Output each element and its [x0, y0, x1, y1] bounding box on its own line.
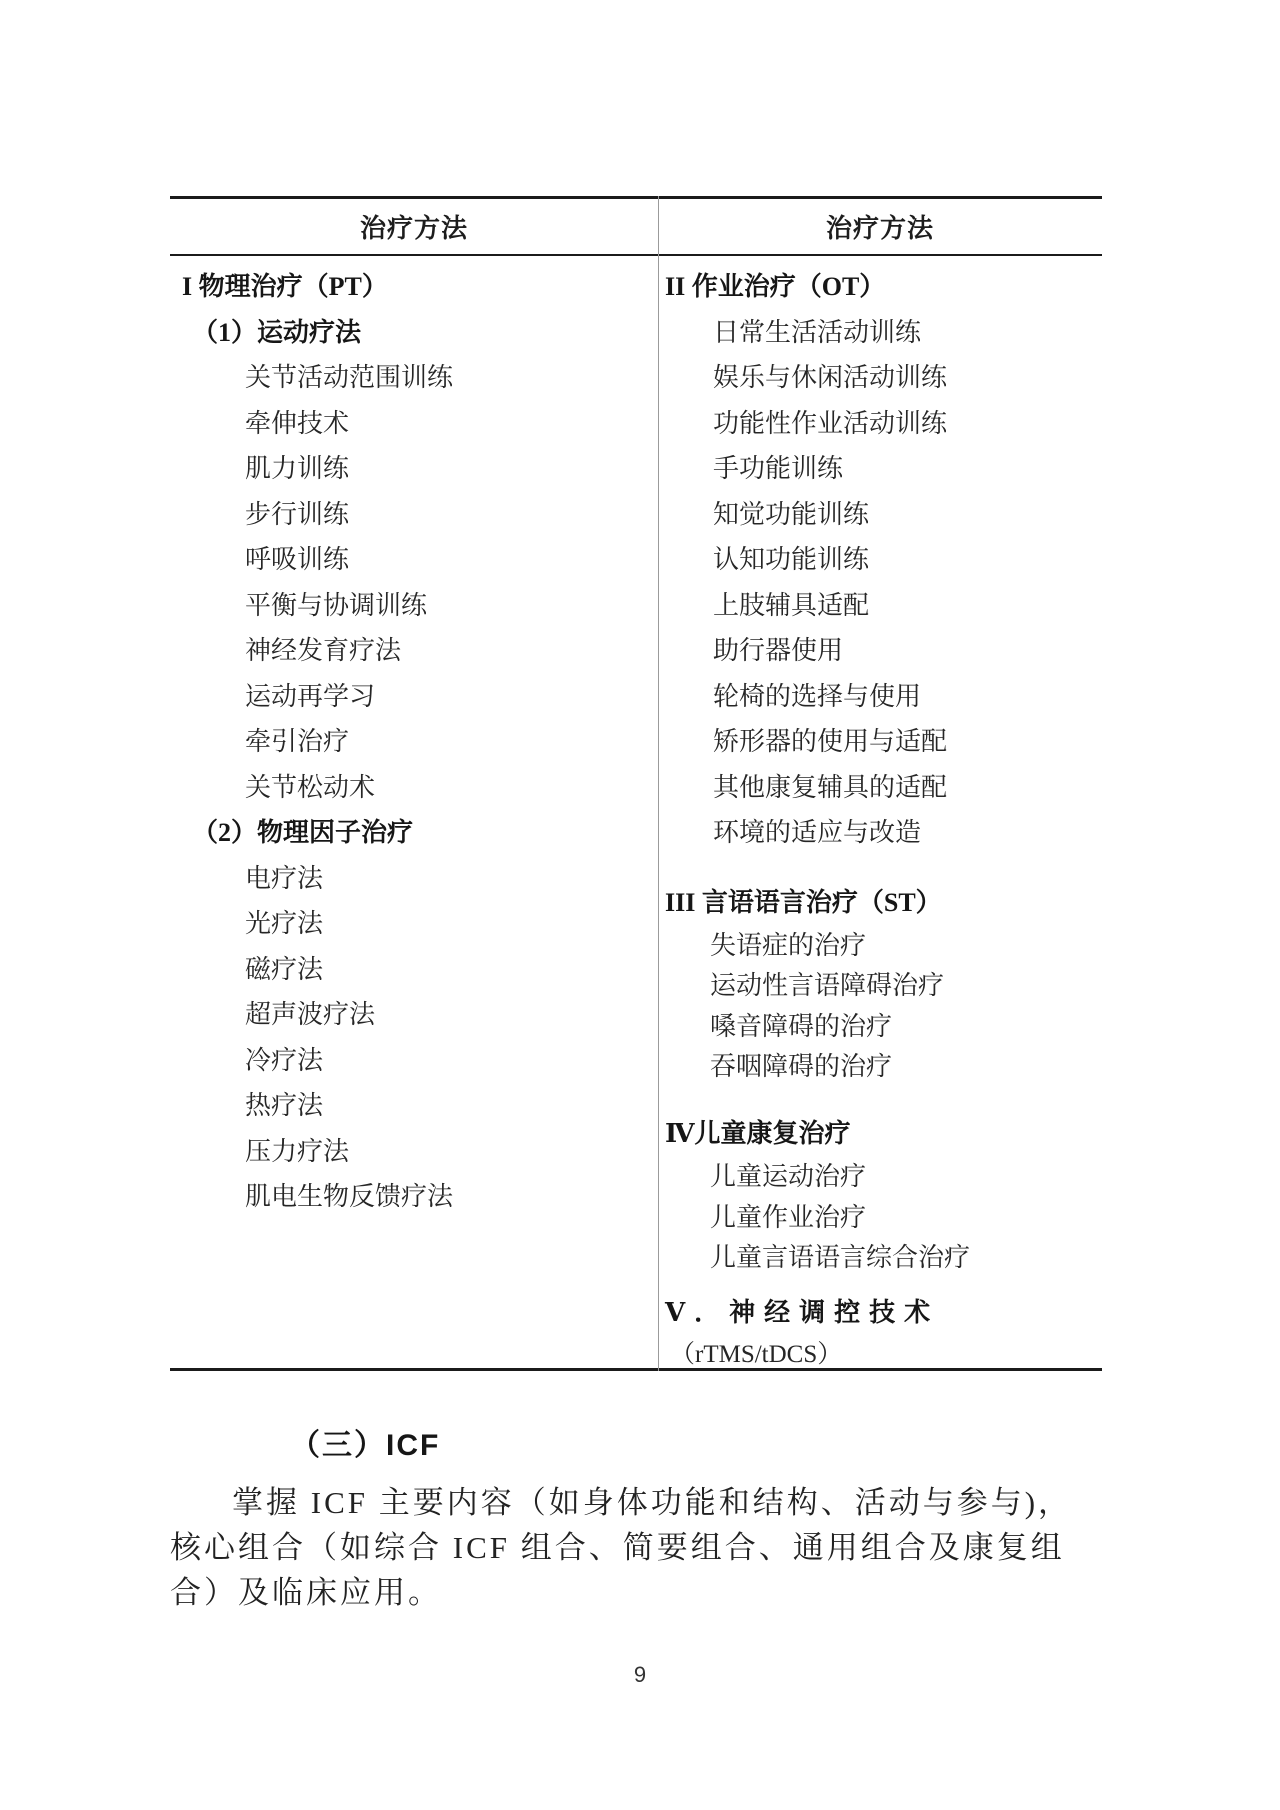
table-row: 儿童言语语言综合治疗: [658, 1236, 1101, 1277]
table-row: 肌电生物反馈疗法: [170, 1172, 658, 1218]
table-row: 呼吸训练: [170, 535, 658, 581]
table-row: （1）运动疗法: [170, 308, 658, 354]
table-row: 运动再学习: [170, 672, 658, 718]
table-row: 认知功能训练: [658, 535, 1101, 581]
table-row-spacer: [658, 854, 1101, 878]
table-row: III 言语语言治疗（ST）: [658, 878, 1101, 924]
table-row: 儿童运动治疗: [658, 1155, 1101, 1196]
table-row: 运动性言语障碍治疗: [658, 964, 1101, 1005]
table-row: 电疗法: [170, 854, 658, 900]
document-page: 治疗方法 治疗方法 I 物理治疗（PT）（1）运动疗法关节活动范围训练牵伸技术肌…: [0, 0, 1280, 1810]
table-row: 热疗法: [170, 1081, 658, 1127]
table-row: 功能性作业活动训练: [658, 399, 1101, 445]
treatment-methods-table: 治疗方法 治疗方法 I 物理治疗（PT）（1）运动疗法关节活动范围训练牵伸技术肌…: [170, 196, 1102, 1371]
table-row: 压力疗法: [170, 1127, 658, 1173]
table-row: 失语症的治疗: [658, 923, 1101, 964]
table-row: 步行训练: [170, 490, 658, 536]
table-row: 神经发育疗法: [170, 626, 658, 672]
paragraph-line: 核心组合（如综合 ICF 组合、简要组合、通用组合及康复组: [170, 1525, 1130, 1570]
page-number: 9: [0, 1662, 1280, 1688]
table-row: 超声波疗法: [170, 990, 658, 1036]
table-row: Ⅴ．神经调控技术: [658, 1288, 1101, 1334]
table-row: 关节松动术: [170, 763, 658, 809]
table-row: 上肢辅具适配: [658, 581, 1101, 627]
table-row: 肌力训练: [170, 444, 658, 490]
table-row: 平衡与协调训练: [170, 581, 658, 627]
table-header-right: 治疗方法: [658, 199, 1102, 254]
table-row: 冷疗法: [170, 1036, 658, 1082]
table-header-left: 治疗方法: [170, 199, 658, 254]
table-row: 环境的适应与改造: [658, 808, 1101, 854]
table-row: 知觉功能训练: [658, 490, 1101, 536]
table-row: 磁疗法: [170, 945, 658, 991]
table-row: 牵引治疗: [170, 717, 658, 763]
section-heading-icf: （三）ICF: [290, 1420, 440, 1464]
column-divider: [658, 196, 659, 1371]
table-row: （2）物理因子治疗: [170, 808, 658, 854]
table-row: （rTMS/tDCS）: [658, 1334, 1101, 1369]
table-row: 矫形器的使用与适配: [658, 717, 1101, 763]
table-row: 关节活动范围训练: [170, 353, 658, 399]
table-header-row: 治疗方法 治疗方法: [170, 196, 1102, 256]
table-row-spacer: [658, 1276, 1101, 1288]
paragraph-line: 合）及临床应用。: [170, 1570, 1130, 1615]
table-body: I 物理治疗（PT）（1）运动疗法关节活动范围训练牵伸技术肌力训练步行训练呼吸训…: [170, 256, 1102, 1371]
paragraph-line: 掌握 ICF 主要内容（如身体功能和结构、活动与参与)，: [170, 1480, 1130, 1525]
table-row: 日常生活活动训练: [658, 308, 1101, 354]
table-row: 嗓音障碍的治疗: [658, 1004, 1101, 1045]
table-row: 手功能训练: [658, 444, 1101, 490]
icf-paragraph: 掌握 ICF 主要内容（如身体功能和结构、活动与参与)， 核心组合（如综合 IC…: [170, 1480, 1130, 1615]
table-row: Ⅳ儿童康复治疗: [658, 1109, 1101, 1155]
table-row: 助行器使用: [658, 626, 1101, 672]
table-row: 光疗法: [170, 899, 658, 945]
table-row-spacer: [658, 1085, 1101, 1109]
table-row: 娱乐与休闲活动训练: [658, 353, 1101, 399]
table-row: 吞咽障碍的治疗: [658, 1045, 1101, 1086]
table-column-left: I 物理治疗（PT）（1）运动疗法关节活动范围训练牵伸技术肌力训练步行训练呼吸训…: [170, 256, 658, 1368]
table-row: 儿童作业治疗: [658, 1195, 1101, 1236]
table-column-right: II 作业治疗（OT）日常生活活动训练娱乐与休闲活动训练功能性作业活动训练手功能…: [658, 256, 1101, 1368]
table-row: 轮椅的选择与使用: [658, 672, 1101, 718]
table-row: II 作业治疗（OT）: [658, 262, 1101, 308]
table-row: 其他康复辅具的适配: [658, 763, 1101, 809]
table-row: I 物理治疗（PT）: [170, 262, 658, 308]
table-row: 牵伸技术: [170, 399, 658, 445]
